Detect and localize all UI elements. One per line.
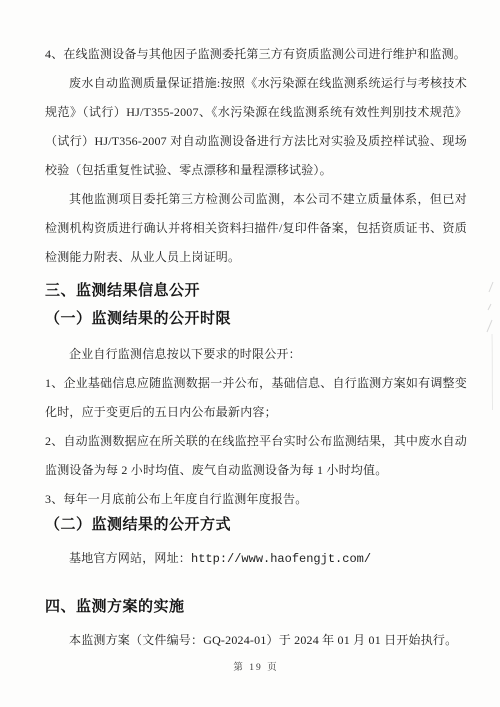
- paragraph-wastewater-qa: 废水自动监测质量保证措施:按照《水污染源在线监测系统运行与考核技术规范》（试行）…: [45, 69, 467, 185]
- scan-artifact: [480, 270, 500, 410]
- list-item-1: 1、企业基础信息应随监测数据一并公布，基础信息、自行监测方案如有调整变化时，应于…: [45, 369, 467, 427]
- section-heading-4: 四、监测方案的实施: [45, 596, 467, 618]
- document-content: 4、在线监测设备与其他因子监测委托第三方有资质监测公司进行维护和监测。 废水自动…: [45, 40, 467, 675]
- list-item-2: 2、自动监测数据应在所关联的在线监控平台实时公布监测结果，其中废水自动监测设备为…: [45, 427, 467, 485]
- subsection-heading-1: （一）监测结果的公开时限: [45, 308, 467, 330]
- paragraph-website: 基地官方网站，网址：http://www.haofengjt.com/: [45, 544, 467, 574]
- paragraph-disclosure-intro: 企业自行监测信息按以下要求的时限公开：: [45, 340, 467, 369]
- page-number: 第 19 页: [45, 661, 467, 675]
- paragraph-implementation: 本监测方案（文件编号：GQ-2024-01）于 2024 年 01 月 01 日…: [45, 626, 467, 655]
- section-heading-3: 三、监测结果信息公开: [45, 280, 467, 302]
- website-label: 基地官方网站，网址：: [69, 551, 191, 565]
- website-url: http://www.haofengjt.com/: [191, 552, 371, 566]
- list-item-3: 3、每年一月底前公布上年度自行监测年度报告。: [45, 485, 467, 514]
- subsection-heading-2: （二）监测结果的公开方式: [45, 514, 467, 536]
- list-item-4: 4、在线监测设备与其他因子监测委托第三方有资质监测公司进行维护和监测。: [45, 40, 467, 69]
- document-page: 4、在线监测设备与其他因子监测委托第三方有资质监测公司进行维护和监测。 废水自动…: [0, 0, 500, 707]
- paragraph-third-party-qa: 其他监测项目委托第三方检测公司监测，本公司不建立质量体系，但已对检测机构资质进行…: [45, 185, 467, 272]
